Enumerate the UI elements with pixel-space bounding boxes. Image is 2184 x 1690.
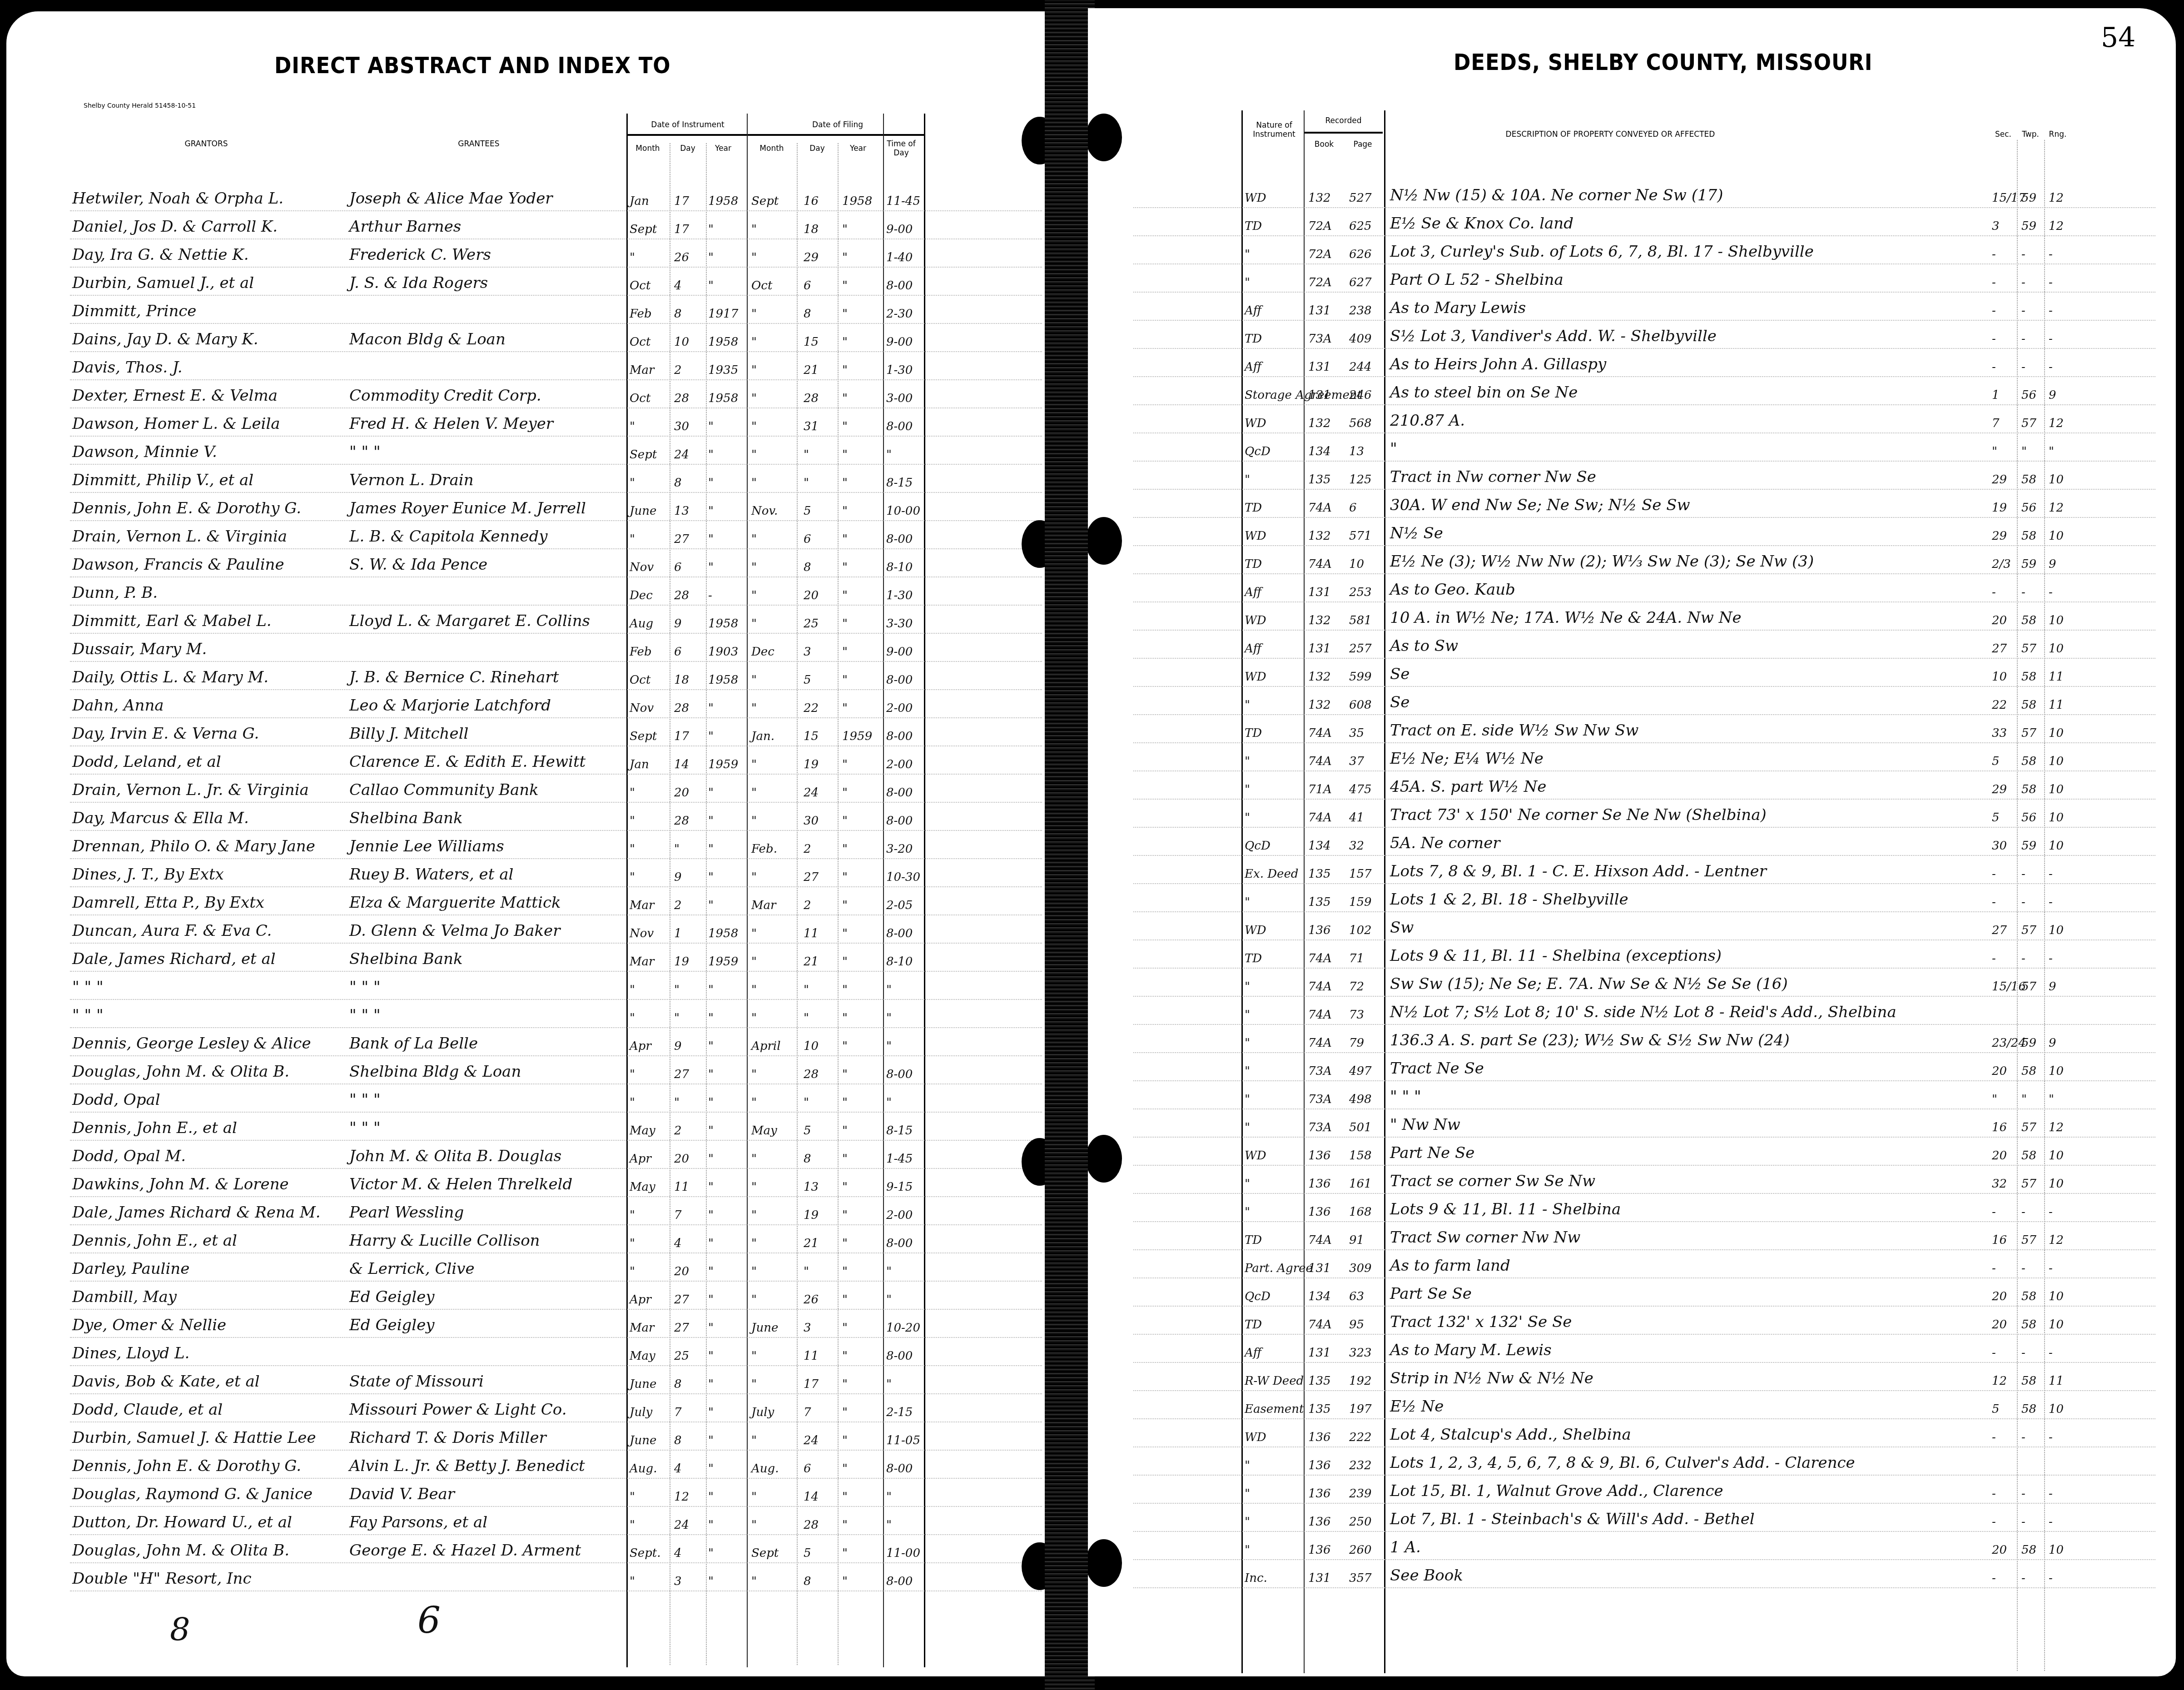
- filing-year: ": [842, 1318, 848, 1338]
- grantor-name: Dambill, May: [72, 1287, 177, 1307]
- instrument-nature: TD: [1245, 498, 1262, 518]
- recorded-book: 131: [1308, 385, 1331, 405]
- township: 58: [2021, 1371, 2036, 1391]
- instrument-nature: ": [1245, 1202, 1250, 1222]
- instrument-month: ": [630, 473, 635, 493]
- binder-hole: [1088, 1539, 1122, 1587]
- recorded-book: 131: [1308, 357, 1331, 377]
- township: 59: [2021, 554, 2036, 574]
- instrument-month: June: [630, 1374, 656, 1394]
- instrument-day: 24: [674, 1515, 689, 1535]
- township: 58: [2021, 1540, 2036, 1560]
- recorded-page: 571: [1349, 526, 1372, 546]
- filing-time: 2-00: [886, 755, 913, 775]
- filing-year: ": [842, 1177, 848, 1197]
- instrument-year: ": [708, 698, 714, 718]
- instrument-year: ": [708, 895, 714, 915]
- recorded-book: 74A: [1308, 498, 1332, 518]
- recorded-book: 134: [1308, 1287, 1331, 1307]
- filing-month: ": [751, 1431, 757, 1451]
- instrument-year: ": [708, 1205, 714, 1225]
- instrument-day: 27: [674, 1318, 689, 1338]
- instrument-year: ": [708, 1290, 714, 1310]
- filing-year: ": [842, 1487, 848, 1507]
- section: 15/17: [1992, 188, 2026, 208]
- recorded-book: 134: [1308, 836, 1331, 856]
- instrument-day: 20: [674, 1262, 689, 1282]
- row-rule: [1133, 1108, 2155, 1109]
- header-divider: [1305, 132, 1383, 134]
- filing-year: ": [842, 1233, 848, 1253]
- filing-year: ": [842, 1543, 848, 1563]
- filing-year: ": [842, 1121, 848, 1141]
- header-sec: Sec.: [1992, 130, 2015, 139]
- grantee-name: " " ": [349, 1118, 381, 1138]
- instrument-year: 1903: [708, 642, 738, 662]
- row-rule: [1133, 235, 2155, 236]
- recorded-book: 132: [1308, 188, 1331, 208]
- grantee-name: Commodity Credit Corp.: [349, 386, 541, 406]
- recorded-page: 568: [1349, 413, 1372, 433]
- recorded-page: 13: [1349, 442, 1364, 462]
- section: -: [1992, 949, 1996, 969]
- grantee-name: David V. Bear: [349, 1484, 455, 1504]
- grantor-name: Dawson, Homer L. & Leila: [72, 414, 280, 434]
- instrument-year: 1958: [708, 670, 738, 690]
- instrument-nature: ": [1245, 1540, 1250, 1560]
- section: -: [1992, 582, 1996, 602]
- filing-time: 8-00: [886, 417, 913, 437]
- row-rule: [1133, 1362, 2155, 1363]
- footer-mark: 8: [170, 1620, 190, 1640]
- instrument-year: ": [708, 1402, 714, 1422]
- grantor-name: Dawson, Francis & Pauline: [72, 555, 284, 575]
- instrument-nature: ": [1245, 977, 1250, 997]
- left-page-title: DIRECT ABSTRACT AND INDEX TO: [274, 52, 670, 79]
- row-rule: [1133, 1024, 2155, 1025]
- grantor-name: Dawson, Minnie V.: [72, 442, 217, 462]
- row-rule: [1133, 968, 2155, 969]
- recorded-page: 238: [1349, 301, 1372, 321]
- range: 11: [2049, 1371, 2064, 1391]
- recorded-book: 131: [1308, 582, 1331, 602]
- row-rule: [1133, 1446, 2155, 1447]
- instrument-year: ": [708, 445, 714, 465]
- recorded-page: 222: [1349, 1427, 1372, 1447]
- column-guide: [2044, 140, 2045, 1671]
- recorded-page: 260: [1349, 1540, 1372, 1560]
- property-description: Strip in N½ Nw & N½ Ne: [1390, 1368, 1593, 1388]
- instrument-day: 19: [674, 952, 689, 972]
- instrument-nature: Aff: [1245, 301, 1261, 321]
- filing-time: 8-00: [886, 924, 913, 944]
- filing-day: 10: [804, 1036, 819, 1056]
- instrument-month: Nov: [630, 557, 654, 577]
- grantor-name: Daniel, Jos D. & Carroll K.: [72, 217, 278, 237]
- filing-year: ": [842, 473, 848, 493]
- instrument-month: July: [630, 1402, 652, 1422]
- instrument-year: ": [708, 783, 714, 803]
- instrument-year: 1958: [708, 388, 738, 408]
- filing-year: ": [842, 839, 848, 859]
- recorded-book: 136: [1308, 1427, 1331, 1447]
- recorded-page: 10: [1349, 554, 1364, 574]
- property-description: Lots 9 & 11, Bl. 11 - Shelbina: [1390, 1199, 1621, 1219]
- grantee-name: Callao Community Bank: [349, 780, 539, 800]
- filing-day: 28: [804, 1064, 819, 1084]
- grantee-name: John M. & Olita B. Douglas: [349, 1146, 561, 1166]
- instrument-month: Sept: [630, 445, 657, 465]
- recorded-book: 134: [1308, 442, 1331, 462]
- instrument-month: May: [630, 1121, 655, 1141]
- column-divider: [1384, 110, 1385, 1673]
- recorded-book: 74A: [1308, 723, 1332, 743]
- instrument-year: -: [708, 586, 712, 606]
- section: 1: [1992, 385, 2000, 405]
- filing-year: ": [842, 867, 848, 887]
- instrument-nature: ": [1245, 1484, 1250, 1504]
- grantor-name: Dunn, P. B.: [72, 583, 158, 603]
- filing-time: 8-00: [886, 670, 913, 690]
- township: 58: [2021, 611, 2036, 631]
- filing-year: ": [842, 501, 848, 521]
- filing-time: 8-00: [886, 276, 913, 296]
- grantor-name: Davis, Thos. J.: [72, 358, 183, 378]
- grantor-name: Dawkins, John M. & Lorene: [72, 1174, 289, 1194]
- recorded-page: 357: [1349, 1568, 1372, 1588]
- filing-year: ": [842, 783, 848, 803]
- right-ledger-page: DEEDS, SHELBY COUNTY, MISSOURI 54 Nature…: [1088, 8, 2176, 1676]
- filing-time: 8-00: [886, 1064, 913, 1084]
- property-description: S½ Lot 3, Vandiver's Add. W. - Shelbyvil…: [1390, 326, 1717, 346]
- property-description: Lot 7, Bl. 1 - Steinbach's & Will's Add.…: [1390, 1509, 1755, 1529]
- filing-day: 5: [804, 670, 811, 690]
- section: -: [1992, 1343, 1996, 1363]
- property-description: As to Geo. Kaub: [1390, 580, 1515, 600]
- instrument-day: 2: [674, 360, 682, 380]
- filing-month: ": [751, 1093, 757, 1113]
- filing-month: ": [751, 614, 757, 634]
- range: -: [2049, 273, 2053, 293]
- instrument-year: ": [708, 1064, 714, 1084]
- property-description: As to Mary Lewis: [1390, 298, 1526, 318]
- filing-month: ": [751, 867, 757, 887]
- header-date-of-filing: Date of Filing: [751, 120, 924, 129]
- recorded-page: 37: [1349, 751, 1364, 771]
- filing-time: 3-30: [886, 614, 913, 634]
- recorded-book: 136: [1308, 920, 1331, 940]
- recorded-page: 232: [1349, 1456, 1372, 1476]
- instrument-nature: WD: [1245, 667, 1266, 687]
- grantee-name: " " ": [349, 1090, 381, 1110]
- property-description: As to Mary M. Lewis: [1390, 1340, 1552, 1360]
- grantee-name: Shelbina Bank: [349, 808, 463, 828]
- filing-month: Oct: [751, 276, 772, 296]
- instrument-month: Oct: [630, 670, 650, 690]
- filing-day: 30: [804, 811, 819, 831]
- instrument-day: 2: [674, 1121, 682, 1141]
- instrument-year: ": [708, 1149, 714, 1169]
- row-rule: [1133, 376, 2155, 377]
- range: -: [2049, 301, 2053, 321]
- grantor-name: Dennis, John E., et al: [72, 1118, 237, 1138]
- filing-time: 9-00: [886, 219, 913, 239]
- instrument-year: ": [708, 1318, 714, 1338]
- instrument-nature: ": [1245, 1118, 1250, 1138]
- recorded-book: 74A: [1308, 977, 1332, 997]
- instrument-month: Apr: [630, 1149, 651, 1169]
- township: -: [2021, 1202, 2025, 1222]
- instrument-day: 28: [674, 388, 689, 408]
- recorded-book: 135: [1308, 1399, 1331, 1419]
- filing-time: 11-05: [886, 1431, 920, 1451]
- instrument-year: ": [708, 980, 714, 1000]
- range: 10: [2049, 1540, 2064, 1560]
- recorded-page: 608: [1349, 695, 1372, 715]
- section: 27: [1992, 920, 2007, 940]
- instrument-month: ": [630, 1515, 635, 1535]
- instrument-day: 8: [674, 304, 682, 324]
- recorded-page: 41: [1349, 808, 1364, 828]
- filing-month: ": [751, 388, 757, 408]
- section: -: [1992, 864, 1996, 884]
- filing-year: ": [842, 642, 848, 662]
- section: -: [1992, 1202, 1996, 1222]
- instrument-nature: WD: [1245, 526, 1266, 546]
- instrument-month: Mar: [630, 360, 655, 380]
- grantor-name: Dexter, Ernest E. & Velma: [72, 386, 278, 406]
- grantor-name: Dennis, John E. & Dorothy G.: [72, 1456, 301, 1476]
- instrument-year: ": [708, 219, 714, 239]
- township: -: [2021, 1512, 2025, 1532]
- instrument-year: 1959: [708, 952, 738, 972]
- instrument-nature: TD: [1245, 329, 1262, 349]
- grantor-name: Dahn, Anna: [72, 696, 164, 716]
- filing-time: 1-30: [886, 360, 913, 380]
- recorded-book: 74A: [1308, 1230, 1332, 1250]
- filing-year: ": [842, 529, 848, 549]
- instrument-day: 28: [674, 811, 689, 831]
- row-rule: [1133, 1475, 2155, 1476]
- section: 19: [1992, 498, 2007, 518]
- instrument-nature: ": [1245, 244, 1250, 264]
- filing-day: 8: [804, 557, 811, 577]
- column-divider: [883, 114, 884, 1667]
- recorded-page: 91: [1349, 1230, 1364, 1250]
- grantor-name: Dodd, Opal: [72, 1090, 160, 1110]
- section: 20: [1992, 1315, 2007, 1335]
- instrument-year: ": [708, 811, 714, 831]
- range: -: [2049, 357, 2053, 377]
- filing-month: Sept: [751, 191, 779, 211]
- township: 56: [2021, 498, 2036, 518]
- instrument-day: 10: [674, 332, 689, 352]
- instrument-year: 1917: [708, 304, 738, 324]
- township: 56: [2021, 808, 2036, 828]
- township: 56: [2021, 385, 2036, 405]
- filing-day: 5: [804, 501, 811, 521]
- filing-time: 8-00: [886, 1459, 913, 1479]
- instrument-year: 1958: [708, 924, 738, 944]
- township: 57: [2021, 1174, 2036, 1194]
- section: -: [1992, 892, 1996, 912]
- instrument-year: ": [708, 501, 714, 521]
- recorded-book: 135: [1308, 864, 1331, 884]
- recorded-page: 475: [1349, 780, 1372, 800]
- instrument-year: ": [708, 1459, 714, 1479]
- property-description: Part Ne Se: [1390, 1143, 1474, 1163]
- township: 58: [2021, 780, 2036, 800]
- filing-month: ": [751, 529, 757, 549]
- filing-time: 11-45: [886, 191, 920, 211]
- instrument-year: ": [708, 1233, 714, 1253]
- recorded-book: 135: [1308, 470, 1331, 490]
- recorded-book: 71A: [1308, 780, 1332, 800]
- instrument-nature: ": [1245, 808, 1250, 828]
- filing-month: ": [751, 1064, 757, 1084]
- filing-year: ": [842, 1402, 848, 1422]
- recorded-book: 74A: [1308, 949, 1332, 969]
- filing-year: ": [842, 332, 848, 352]
- property-description: Sw Sw (15); Ne Se; E. 7A. Nw Se & N½ Se …: [1390, 974, 1788, 994]
- filing-year: ": [842, 1515, 848, 1535]
- section: -: [1992, 1258, 1996, 1278]
- filing-year: ": [842, 445, 848, 465]
- instrument-month: Nov: [630, 924, 654, 944]
- township: 57: [2021, 639, 2036, 659]
- recorded-page: 125: [1349, 470, 1372, 490]
- range: -: [2049, 864, 2053, 884]
- grantor-name: Dye, Omer & Nellie: [72, 1315, 226, 1335]
- recorded-book: 132: [1308, 695, 1331, 715]
- filing-year: ": [842, 1036, 848, 1056]
- range: 12: [2049, 188, 2064, 208]
- grantee-name: Clarence E. & Edith E. Hewitt: [349, 752, 586, 772]
- filing-time: 2-00: [886, 698, 913, 718]
- section: 3: [1992, 216, 2000, 236]
- row-rule: [70, 464, 1042, 465]
- filing-month: Nov.: [751, 501, 778, 521]
- row-rule: [1133, 320, 2155, 321]
- instrument-nature: ": [1245, 751, 1250, 771]
- instrument-month: Nov: [630, 698, 654, 718]
- filing-day: 11: [804, 924, 819, 944]
- township: 59: [2021, 216, 2036, 236]
- instrument-month: Aug.: [630, 1459, 657, 1479]
- range: -: [2049, 949, 2053, 969]
- range: 10: [2049, 808, 2064, 828]
- range: 10: [2049, 836, 2064, 856]
- filing-day: ": [804, 980, 809, 1000]
- recorded-book: 131: [1308, 639, 1331, 659]
- instrument-nature: WD: [1245, 188, 1266, 208]
- filing-month: Jan.: [751, 726, 774, 746]
- property-description: As to steel bin on Se Ne: [1390, 383, 1578, 403]
- filing-month: ": [751, 980, 757, 1000]
- range: 10: [2049, 780, 2064, 800]
- filing-year: ": [842, 1262, 848, 1282]
- recorded-book: 73A: [1308, 329, 1332, 349]
- filing-month: Feb.: [751, 839, 777, 859]
- grantee-name: Bank of La Belle: [349, 1034, 478, 1054]
- row-rule: [1133, 1531, 2155, 1532]
- instrument-month: Feb: [630, 304, 652, 324]
- property-description: As to Heirs John A. Gillaspy: [1390, 354, 1606, 374]
- section: 22: [1992, 695, 2007, 715]
- range: 12: [2049, 413, 2064, 433]
- recorded-book: 132: [1308, 526, 1331, 546]
- filing-year: ": [842, 1064, 848, 1084]
- range: 10: [2049, 1315, 2064, 1335]
- section: 5: [1992, 1399, 2000, 1419]
- instrument-year: ": [708, 1374, 714, 1394]
- instrument-day: 4: [674, 1543, 682, 1563]
- grantor-name: Day, Marcus & Ella M.: [72, 808, 249, 828]
- instrument-year: ": [708, 529, 714, 549]
- instrument-year: ": [708, 1346, 714, 1366]
- row-rule: [1133, 348, 2155, 349]
- filing-month: ": [751, 445, 757, 465]
- instrument-day: 12: [674, 1487, 689, 1507]
- recorded-page: 71: [1349, 949, 1364, 969]
- township: -: [2021, 892, 2025, 912]
- recorded-page: 501: [1349, 1118, 1372, 1138]
- filing-time: 8-10: [886, 952, 913, 972]
- grantor-name: Hetwiler, Noah & Orpha L.: [72, 189, 283, 209]
- section: 2/3: [1992, 554, 2011, 574]
- filing-time: 10-00: [886, 501, 920, 521]
- instrument-day: 8: [674, 1431, 682, 1451]
- grantee-name: Arthur Barnes: [349, 217, 461, 237]
- instrument-day: 1: [674, 924, 682, 944]
- section: 12: [1992, 1371, 2007, 1391]
- row-rule: [1133, 292, 2155, 293]
- grantee-name: Ed Geigley: [349, 1287, 435, 1307]
- filing-time: 8-00: [886, 783, 913, 803]
- range: -: [2049, 582, 2053, 602]
- section: 5: [1992, 751, 2000, 771]
- recorded-page: 6: [1349, 498, 1357, 518]
- instrument-day: 17: [674, 219, 689, 239]
- section: 10: [1992, 667, 2007, 687]
- recorded-page: 627: [1349, 273, 1372, 293]
- property-description: 30A. W end Nw Se; Ne Sw; N½ Se Sw: [1390, 495, 1690, 515]
- property-description: ": [1390, 439, 1397, 459]
- township: 58: [2021, 1287, 2036, 1307]
- section: 32: [1992, 1174, 2007, 1194]
- filing-time: 8-10: [886, 557, 913, 577]
- filing-month: ": [751, 1290, 757, 1310]
- grantor-name: Dennis, John E., et al: [72, 1231, 237, 1251]
- range: 10: [2049, 1061, 2064, 1081]
- recorded-page: 32: [1349, 836, 1364, 856]
- recorded-book: 131: [1308, 1343, 1331, 1363]
- filing-month: June: [751, 1318, 778, 1338]
- filing-month: Dec: [751, 642, 774, 662]
- filing-year: ": [842, 219, 848, 239]
- grantee-name: J. B. & Bernice C. Rinehart: [349, 667, 559, 687]
- section: ": [1992, 442, 1997, 462]
- row-rule: [1133, 770, 2155, 771]
- recorded-page: 498: [1349, 1089, 1372, 1109]
- filing-day: 15: [804, 726, 819, 746]
- recorded-page: 95: [1349, 1315, 1364, 1335]
- instrument-day: 9: [674, 867, 682, 887]
- filing-day: 6: [804, 529, 811, 549]
- range: 10: [2049, 639, 2064, 659]
- instrument-day: 28: [674, 698, 689, 718]
- grantee-name: Frederick C. Wers: [349, 245, 491, 265]
